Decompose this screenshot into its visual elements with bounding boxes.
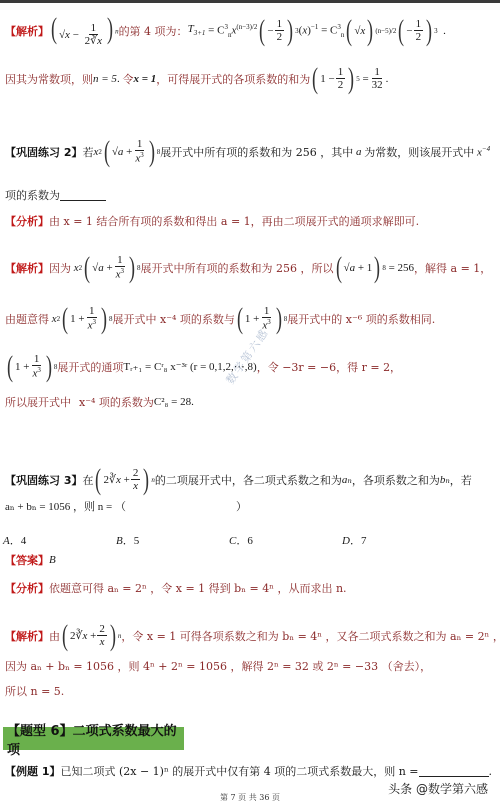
general-term: T3+1 [188, 24, 206, 37]
result: C²₈ = 28. [154, 397, 194, 408]
answer-tag: 【答案】 [5, 555, 49, 566]
exercise-2-solution-line-2: 由题意得 x2(1 + 1x3)8 展开式中 x⁻⁴ 项的系数与 (1 + 1x… [5, 304, 435, 334]
choice-b[interactable]: B．5 [116, 532, 139, 548]
exercise-3-question-line-2: aₙ + bₙ = 1056 ，则 n = （ ） [5, 502, 247, 513]
text: ，令 −3r = −6，得 r = 2， [257, 362, 401, 373]
math: aₙ [342, 475, 352, 486]
text: 展开式中的 x⁻⁶ 项的系数相同. [287, 314, 435, 325]
text: 因为 aₙ + bₙ = 1056 ，则 4ⁿ + 2ⁿ = 1056 ，解得 … [5, 661, 431, 672]
analysis-tag: 【分析】 [5, 583, 49, 594]
exercise-2-solution-line-4: 所以展开式中 x⁻⁴ 项的系数为 C²₈ = 28. [5, 397, 194, 408]
example-1-question: 【例题 1】 已知二项式 (2x − 1)ⁿ 的展开式中仅有第 4 项的二项式系… [5, 766, 492, 777]
math: x = 1 [133, 74, 156, 85]
text: ） [236, 502, 247, 513]
text: 展开式中所有项的系数和为 256 ，所以 [141, 263, 334, 274]
math: n = 5 [93, 74, 117, 85]
choice-c[interactable]: C．6 [229, 532, 253, 548]
text: 由 x = 1 结合所有项的系数和得出 a = 1，再由二项展开式的通项求解即可… [49, 216, 419, 227]
exercise-3-answer: 【答案】 B [5, 555, 56, 566]
text: 若 [82, 147, 93, 158]
text: . [489, 766, 493, 777]
text: ，解得 a = 1， [414, 263, 491, 274]
exercise-2-solution-line-3: (1 + 1x3)8 展开式的通项 Tᵣ₊₁ = Cʳ₈ x⁻³ʳ (r = 0… [5, 352, 401, 382]
text: ，可得展开式的各项系数的和为 [156, 74, 310, 85]
exercise-2-question: 【巩固练习 2】 若 x2(√a + 1x3)8 展开式中所有项的系数和为 25… [5, 137, 490, 167]
text: 在 [82, 475, 93, 486]
analysis-tag: 【分析】 [5, 216, 49, 227]
math: bₙ [440, 475, 450, 486]
answer-blank[interactable] [60, 191, 106, 201]
text: 的第 4 项为： [119, 26, 188, 37]
solution-tag: 【解析】 [5, 263, 49, 274]
text: 展开式中 x⁻⁴ 项的系数与 [113, 314, 235, 325]
binomial-expr: (√x − 12∛x)n [49, 14, 119, 48]
choice-a[interactable]: A．4 [3, 532, 26, 548]
exercise-2-question-line-2: 项的系数为 [5, 190, 106, 201]
text: 的二项展开式中，各二项式系数之和为 [155, 475, 342, 486]
exercise-3-solution-line-2: 因为 aₙ + bₙ = 1056 ，则 4ⁿ + 2ⁿ = 1056 ，解得 … [5, 661, 431, 672]
text: 由 [49, 631, 60, 642]
text: 展开式中所有项的系数和为 256 ，其中 [160, 147, 353, 158]
answer-value: B [49, 555, 56, 566]
text: ，各项系数之和为 [352, 475, 440, 486]
choice-d[interactable]: D．7 [342, 532, 366, 548]
solution-line-2: 因其为常数项，则 n = 5. 令 x = 1 ，可得展开式的各项系数的和为 (… [5, 64, 388, 94]
exercise-3-solution-line-3: 所以 n = 5. [5, 686, 64, 697]
text: 由题意得 [5, 314, 49, 325]
text: 已知二项式 (2x − 1)ⁿ 的展开式中仅有第 4 项的二项式系数最大，则 n… [60, 766, 418, 777]
text: 因为 [49, 263, 71, 274]
exercise-tag: 【巩固练习 3】 [5, 475, 82, 486]
section-heading: 【题型 6】二项式系数最大的项 [3, 727, 184, 750]
answer-blank[interactable] [419, 767, 489, 777]
solution-tag: 【解析】 [5, 631, 49, 642]
solution-line-1: 【解析】 (√x − 12∛x)n 的第 4 项为： T3+1 = C3nx(n… [5, 14, 446, 48]
exercise-3-analysis: 【分析】 依题意可得 aₙ = 2ⁿ ，令 x = 1 得到 bₙ = 4ⁿ ，… [5, 583, 347, 594]
text: 项的系数为 [5, 190, 60, 201]
exercise-2-analysis: 【分析】 由 x = 1 结合所有项的系数和得出 a = 1，再由二项展开式的通… [5, 216, 419, 227]
text: 因其为常数项，则 [5, 74, 93, 85]
page-footer: 第 7 页 共 36 页 [0, 792, 500, 803]
text: 展开式的通项 [57, 362, 123, 373]
text: 为常数，则该展开式中 [364, 147, 474, 158]
text: aₙ + bₙ = 1056 ，则 n = （ [5, 502, 126, 513]
exercise-3-solution-line-1: 【解析】 由 (2∛x + 2x)n ，令 x = 1 可得各项系数之和为 bₙ… [5, 621, 500, 651]
text: ，令 x = 1 可得各项系数之和为 bₙ = 4ⁿ ，又各二项式系数之和为 a… [121, 631, 500, 642]
exercise-tag: 【巩固练习 2】 [5, 147, 82, 158]
top-border [0, 0, 500, 3]
text: 所以展开式中 [5, 397, 71, 408]
exercise-3-question: 【巩固练习 3】 在 (2∛x + 2x)n 的二项展开式中，各二项式系数之和为… [5, 465, 472, 495]
text: 所以 n = 5. [5, 686, 64, 697]
example-tag: 【例题 1】 [5, 766, 60, 777]
text: 令 [122, 74, 133, 85]
text: ，若 [450, 475, 472, 486]
text: x⁻⁴ 项的系数为 [79, 397, 154, 408]
solution-tag: 【解析】 [5, 26, 49, 37]
text: 依题意可得 aₙ = 2ⁿ ，令 x = 1 得到 bₙ = 4ⁿ ，从而求出 … [49, 583, 347, 594]
exercise-2-solution-line-1: 【解析】 因为 x2(√a + 1x3)8 展开式中所有项的系数和为 256 ，… [5, 253, 491, 283]
